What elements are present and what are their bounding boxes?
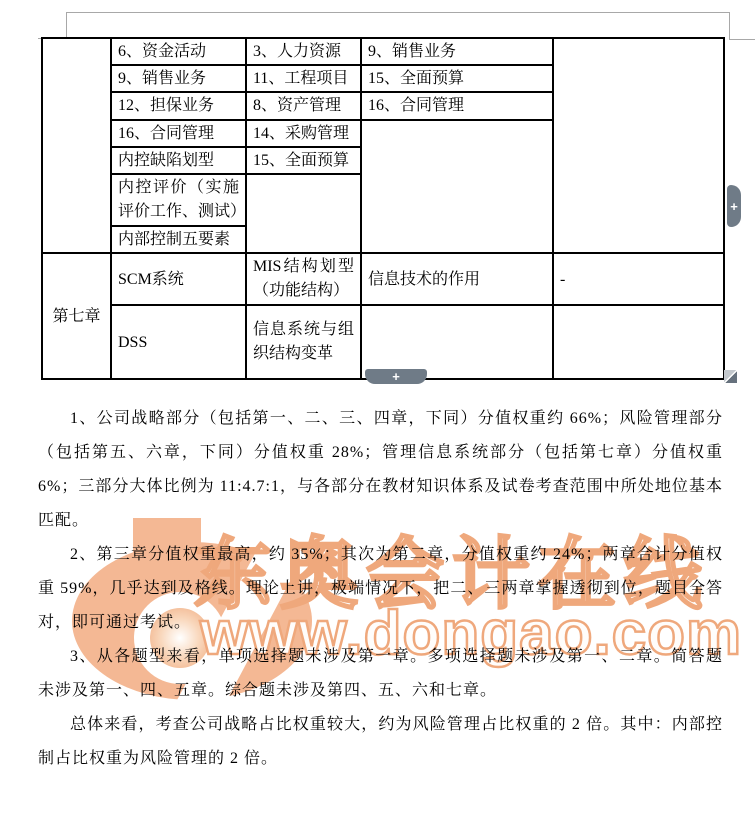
expand-right-button[interactable]: + xyxy=(727,185,741,227)
table-cell: 信息系统与组织结构变革 xyxy=(246,305,361,379)
page-boundary-right-step xyxy=(729,12,730,39)
table-cell-empty xyxy=(361,120,553,254)
page-boundary-top xyxy=(66,12,729,13)
table-cell-empty xyxy=(553,38,724,253)
table-cell-empty xyxy=(553,305,724,379)
table-cell: - xyxy=(553,253,724,305)
chapter-summary-table: 6、资金活动 3、人力资源 9、销售业务 9、销售业务 11、工程项目 15、全… xyxy=(41,37,725,380)
table-cell: 16、合同管理 xyxy=(111,120,246,147)
analysis-text-block: 1、公司战略部分（包括第一、二、三、四章，下同）分值权重约 66%；风险管理部分… xyxy=(38,402,723,776)
expand-bottom-button[interactable]: + xyxy=(365,369,427,384)
table-cell: 内控评价（实施评价工作、测试） xyxy=(111,174,246,226)
table-cell: 16、合同管理 xyxy=(361,92,553,119)
chapter-cell-empty xyxy=(42,38,111,253)
table-cell: 11、工程项目 xyxy=(246,65,361,92)
table-cell: SCM系统 xyxy=(111,253,246,305)
table-cell: 15、全面预算 xyxy=(246,147,361,174)
paragraph-overall: 总体来看，考查公司战略占比权重较大，约为风险管理占比权重的 2 倍。其中：内部控… xyxy=(38,708,723,776)
chapter-seven-cell: 第七章 xyxy=(42,253,111,379)
page-boundary-right xyxy=(729,39,755,40)
table-cell: 6、资金活动 xyxy=(111,38,246,65)
table-cell: 9、销售业务 xyxy=(111,65,246,92)
table-cell: 内部控制五要素 xyxy=(111,226,246,253)
table-cell: 9、销售业务 xyxy=(361,38,553,65)
paragraph-question-types: 3、从各题型来看，单项选择题未涉及第一章。多项选择题未涉及第一、二章。简答题未涉… xyxy=(38,640,723,708)
table-cell: 12、担保业务 xyxy=(111,92,246,119)
table-cell: MIS结构划型（功能结构） xyxy=(246,253,361,305)
paragraph-chapter-rank: 2、第三章分值权重最高，约 35%；其次为第二章，分值权重约 24%；两章合计分… xyxy=(38,538,723,640)
table-cell: 信息技术的作用 xyxy=(361,253,553,305)
table-cell: 3、人力资源 xyxy=(246,38,361,65)
table-cell: DSS xyxy=(111,305,246,379)
page-boundary-left-step xyxy=(66,12,67,38)
table-cell-empty xyxy=(246,174,361,253)
table-cell: 8、资产管理 xyxy=(246,92,361,119)
table-resize-handle-icon[interactable] xyxy=(724,370,737,383)
table-cell: 14、采购管理 xyxy=(246,120,361,147)
paragraph-weights: 1、公司战略部分（包括第一、二、三、四章，下同）分值权重约 66%；风险管理部分… xyxy=(38,402,723,538)
table-cell: 15、全面预算 xyxy=(361,65,553,92)
table-cell: 内控缺陷划型 xyxy=(111,147,246,174)
